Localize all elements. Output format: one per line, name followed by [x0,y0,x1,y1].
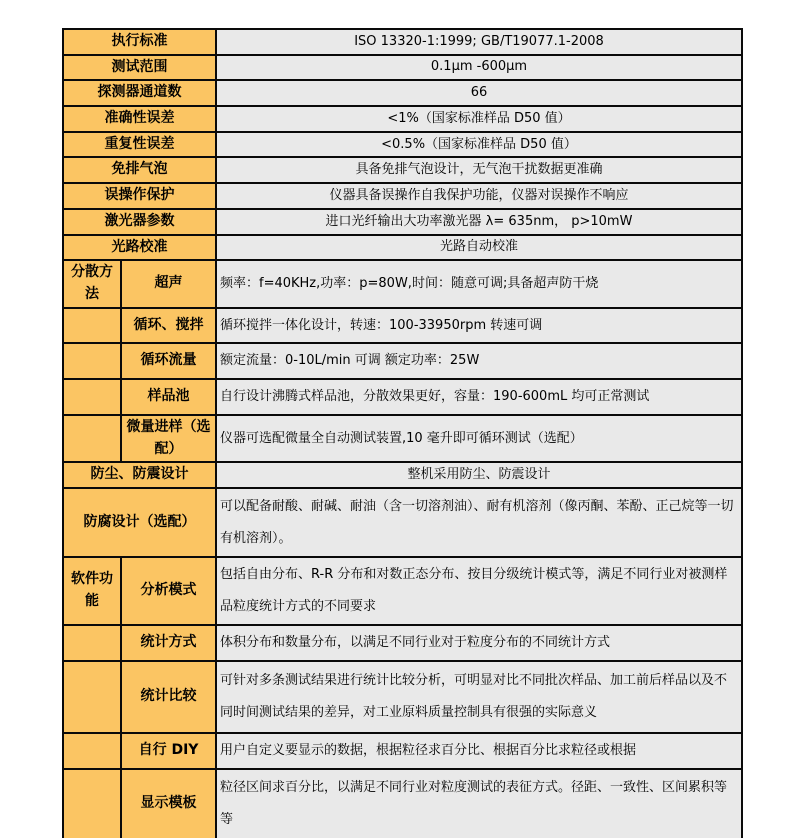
section-group-label: 分散方法 [63,260,121,307]
spec-value: 进口光纤输出大功率激光器 λ= 635nm， p>10mW [216,209,742,235]
spec-value: 循环搅拌一体化设计，转速：100-33950rpm 转速可调 [216,308,742,344]
spec-label: 统计方式 [121,625,216,661]
group-spacer-cell [63,769,121,838]
table-row: 分散方法 超声 频率：f=40KHz,功率：p=80W,时间：随意可调;具备超声… [63,260,742,307]
table-row: 防尘、防震设计 整机采用防尘、防震设计 [63,462,742,488]
table-row: 自行 DIY 用户自定义要显示的数据，根据粒径求百分比、根据百分比求粒径或根据 [63,733,742,769]
spec-label: 分析模式 [121,557,216,625]
spec-value: 自行设计沸腾式样品池，分散效果更好，容量：190-600mL 均可正常测试 [216,379,742,415]
spec-value: 0.1μm -600μm [216,55,742,81]
spec-value: 具备免排气泡设计，无气泡干扰数据更准确 [216,157,742,183]
spec-value: 频率：f=40KHz,功率：p=80W,时间：随意可调;具备超声防干烧 [216,260,742,307]
table-row: 误操作保护 仪器具备误操作自我保护功能，仪器对误操作不响应 [63,183,742,209]
table-row: 循环、搅拌 循环搅拌一体化设计，转速：100-33950rpm 转速可调 [63,308,742,344]
table-row: 样品池 自行设计沸腾式样品池，分散效果更好，容量：190-600mL 均可正常测… [63,379,742,415]
spec-label: 超声 [121,260,216,307]
spec-value: 粒径区间求百分比，以满足不同行业对粒度测试的表征方式。径距、一致性、区间累积等等 [216,769,742,838]
spec-value: 额定流量：0-10L/min 可调 额定功率：25W [216,343,742,379]
spec-value: 66 [216,80,742,106]
spec-value: 可以配备耐酸、耐碱、耐油（含一切溶剂油）、耐有机溶剂（像丙酮、苯酚、正己烷等一切… [216,488,742,557]
group-spacer-cell [63,343,121,379]
spec-value: 体积分布和数量分布，以满足不同行业对于粒度分布的不同统计方式 [216,625,742,661]
spec-label: 免排气泡 [63,157,216,183]
table-row: 微量进样（选配） 仪器可选配微量全自动测试装置,10 毫升即可循环测试（选配） [63,415,742,462]
table-row: 测试范围 0.1μm -600μm [63,55,742,81]
spec-label: 误操作保护 [63,183,216,209]
group-spacer-cell [63,733,121,769]
spec-value: 仪器可选配微量全自动测试装置,10 毫升即可循环测试（选配） [216,415,742,462]
spec-label: 防尘、防震设计 [63,462,216,488]
table-row: 循环流量 额定流量：0-10L/min 可调 额定功率：25W [63,343,742,379]
spec-label: 激光器参数 [63,209,216,235]
spec-label: 自行 DIY [121,733,216,769]
table-row: 执行标准 ISO 13320-1:1999; GB/T19077.1-2008 [63,29,742,55]
spec-label: 统计比较 [121,661,216,733]
table-row: 光路校准 光路自动校准 [63,235,742,261]
section-group-label: 软件功能 [63,557,121,625]
table-row: 防腐设计（选配） 可以配备耐酸、耐碱、耐油（含一切溶剂油）、耐有机溶剂（像丙酮、… [63,488,742,557]
spec-label: 循环、搅拌 [121,308,216,344]
table-row: 显示模板 粒径区间求百分比，以满足不同行业对粒度测试的表征方式。径距、一致性、区… [63,769,742,838]
specification-table: 执行标准 ISO 13320-1:1999; GB/T19077.1-2008 … [62,28,743,838]
spec-value: 仪器具备误操作自我保护功能，仪器对误操作不响应 [216,183,742,209]
spec-value: 整机采用防尘、防震设计 [216,462,742,488]
table-row: 激光器参数 进口光纤输出大功率激光器 λ= 635nm， p>10mW [63,209,742,235]
group-spacer-cell [63,379,121,415]
table-row: 软件功能 分析模式 包括自由分布、R-R 分布和对数正态分布、按目分级统计模式等… [63,557,742,625]
spec-value: 光路自动校准 [216,235,742,261]
spec-value: <1%（国家标准样品 D50 值） [216,106,742,132]
spec-label: 重复性误差 [63,132,216,158]
spec-label: 探测器通道数 [63,80,216,106]
table-row: 准确性误差 <1%（国家标准样品 D50 值） [63,106,742,132]
spec-label: 光路校准 [63,235,216,261]
spec-value: ISO 13320-1:1999; GB/T19077.1-2008 [216,29,742,55]
spec-label: 样品池 [121,379,216,415]
spec-label: 执行标准 [63,29,216,55]
table-row: 重复性误差 <0.5%（国家标准样品 D50 值） [63,132,742,158]
spec-label: 显示模板 [121,769,216,838]
spec-label: 准确性误差 [63,106,216,132]
spec-value: <0.5%（国家标准样品 D50 值） [216,132,742,158]
table-row: 统计比较 可针对多条测试结果进行统计比较分析，可明显对比不同批次样品、加工前后样… [63,661,742,733]
table-row: 探测器通道数 66 [63,80,742,106]
group-spacer-cell [63,308,121,344]
spec-label: 测试范围 [63,55,216,81]
spec-value: 包括自由分布、R-R 分布和对数正态分布、按目分级统计模式等，满足不同行业对被测… [216,557,742,625]
spec-label: 微量进样（选配） [121,415,216,462]
table-row: 统计方式 体积分布和数量分布，以满足不同行业对于粒度分布的不同统计方式 [63,625,742,661]
spec-label: 防腐设计（选配） [63,488,216,557]
table-row: 免排气泡 具备免排气泡设计，无气泡干扰数据更准确 [63,157,742,183]
group-spacer-cell [63,415,121,462]
spec-value: 可针对多条测试结果进行统计比较分析，可明显对比不同批次样品、加工前后样品以及不同… [216,661,742,733]
spec-value: 用户自定义要显示的数据，根据粒径求百分比、根据百分比求粒径或根据 [216,733,742,769]
spec-label: 循环流量 [121,343,216,379]
group-spacer-cell [63,661,121,733]
group-spacer-cell [63,625,121,661]
